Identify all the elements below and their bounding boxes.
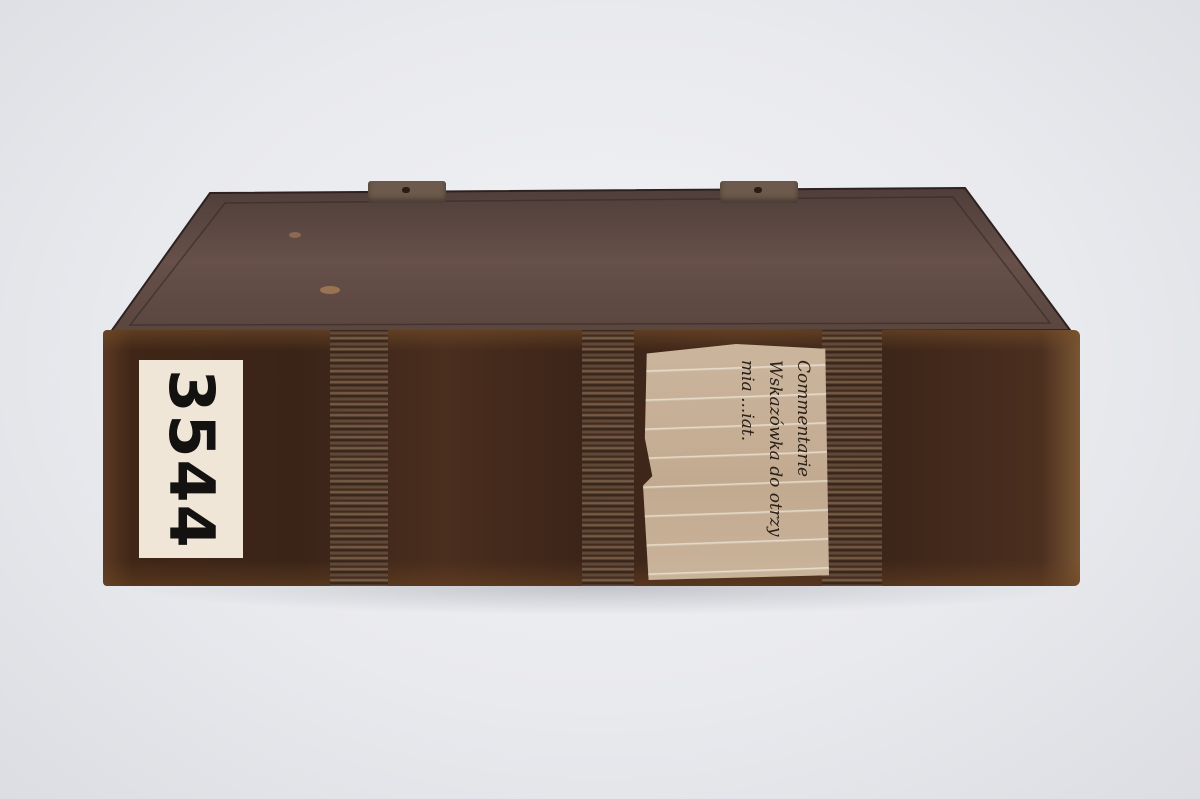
title-line-2: Wskazówka do otrzy: [761, 360, 789, 564]
book-top-cover: [105, 185, 1080, 335]
handwritten-title-label: Commentarie Wskazówka do otrzy mia ...ia…: [643, 344, 829, 580]
clasp-right: [720, 181, 798, 203]
catalog-number-label: 3544: [139, 360, 243, 558]
spine-raised-band: [582, 330, 634, 586]
title-line-3: mia ...iat.: [733, 360, 761, 564]
title-line-1: Commentarie: [789, 360, 817, 564]
spine-raised-band: [822, 330, 882, 586]
catalog-number: 3544: [155, 369, 228, 550]
clasp-left: [368, 181, 446, 203]
spine-raised-band: [330, 330, 388, 586]
